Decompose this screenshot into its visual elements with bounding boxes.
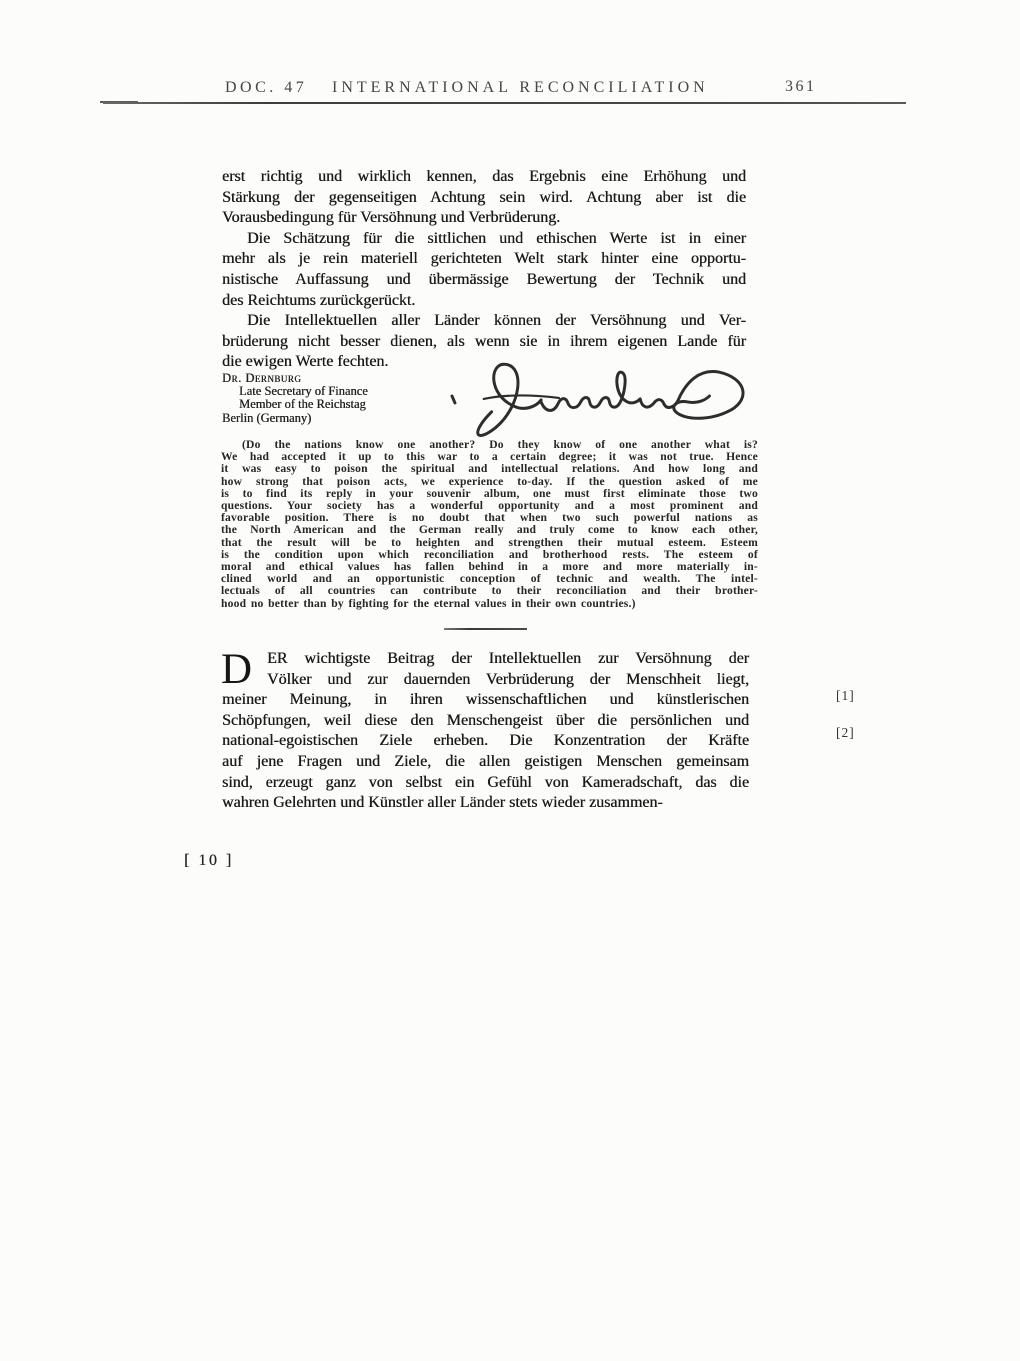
translation-block: (Do the nations know one another? Do the…	[221, 439, 758, 610]
text-line: Die Schätzung für die sittlichen und eth…	[222, 229, 746, 250]
text-line: Stärkung der gegenseitigen Achtung sein …	[222, 188, 746, 209]
text-line: mehr als je rein materiell gerichteten W…	[222, 249, 746, 270]
second-german-section: ER wichtigste Beitrag der Intellektuelle…	[222, 649, 749, 814]
text-line: that the result will be to heighten and …	[221, 537, 758, 549]
text-line: nistische Auffassung und übermässige Bew…	[222, 270, 746, 291]
german-paragraph-2: Die Schätzung für die sittlichen und eth…	[222, 229, 746, 311]
signature-crossbar	[484, 395, 559, 398]
text-line: lectuals of all countries can contribute…	[221, 585, 758, 597]
text-line: erst richtig und wirklich kennen, das Er…	[222, 167, 746, 188]
signature-title-reichstag: Member of the Reichstag	[222, 398, 482, 411]
text-line: Die Intellektuellen aller Länder können …	[222, 311, 746, 332]
text-line: the North American and the German really…	[221, 524, 758, 536]
text-line: hood no better than by fighting for the …	[221, 598, 758, 610]
scanned-book-page: DOC. 47 INTERNATIONAL RECONCILIATION 361…	[0, 0, 1020, 1361]
margin-note-1: [1]	[836, 688, 855, 704]
signature-location: Berlin (Germany)	[222, 412, 482, 425]
text-line: wahren Gelehrten und Künstler aller Länd…	[222, 793, 749, 814]
signature-ur-letters	[640, 399, 678, 407]
text-line: Völker und zur dauernden Verbrüderung de…	[222, 670, 749, 691]
text-line: Schöpfungen, weil diese den Menschengeis…	[222, 711, 749, 732]
signature-ink-mark	[452, 396, 455, 403]
doc-label: DOC. 47	[225, 79, 307, 97]
text-line: ER wichtigste Beitrag der Intellektuelle…	[222, 649, 749, 670]
text-line: des Reichtums zurückgerückt.	[222, 291, 746, 312]
margin-note-2: [2]	[836, 725, 855, 741]
signature-final-flourish	[674, 372, 743, 419]
section-divider	[444, 628, 527, 630]
text-line: national-egoistischen Ziele erheben. Die…	[222, 731, 749, 752]
text-line: sind, erzeugt ganz von selbst ein Gefühl…	[222, 773, 749, 794]
page-title: INTERNATIONAL RECONCILIATION	[332, 79, 709, 97]
text-line: meiner Meinung, in ihren wissenschaftlic…	[222, 690, 749, 711]
signature-block: Dr. Dernburg Late Secretary of Finance M…	[222, 372, 482, 425]
signature-middle-letters	[541, 372, 640, 410]
german-paragraph-1: erst richtig und wirklich kennen, das Er…	[222, 167, 746, 229]
signature-initial-loop	[478, 364, 541, 435]
text-line: auf jene Fragen und Ziele, die allen gei…	[222, 752, 749, 773]
page-number: 361	[785, 78, 817, 96]
text-line: Vorausbedingung für Versöhnung und Verbr…	[222, 208, 746, 229]
text-line: it was easy to poison the spiritual and …	[221, 463, 758, 475]
page-marker: [ 10 ]	[184, 852, 234, 870]
handwritten-signature-dernburg	[450, 350, 757, 440]
header-rule	[103, 102, 906, 104]
text-line: how strong that poison acts, we experien…	[221, 476, 758, 488]
german-text-block: erst richtig und wirklich kennen, das Er…	[222, 167, 746, 373]
